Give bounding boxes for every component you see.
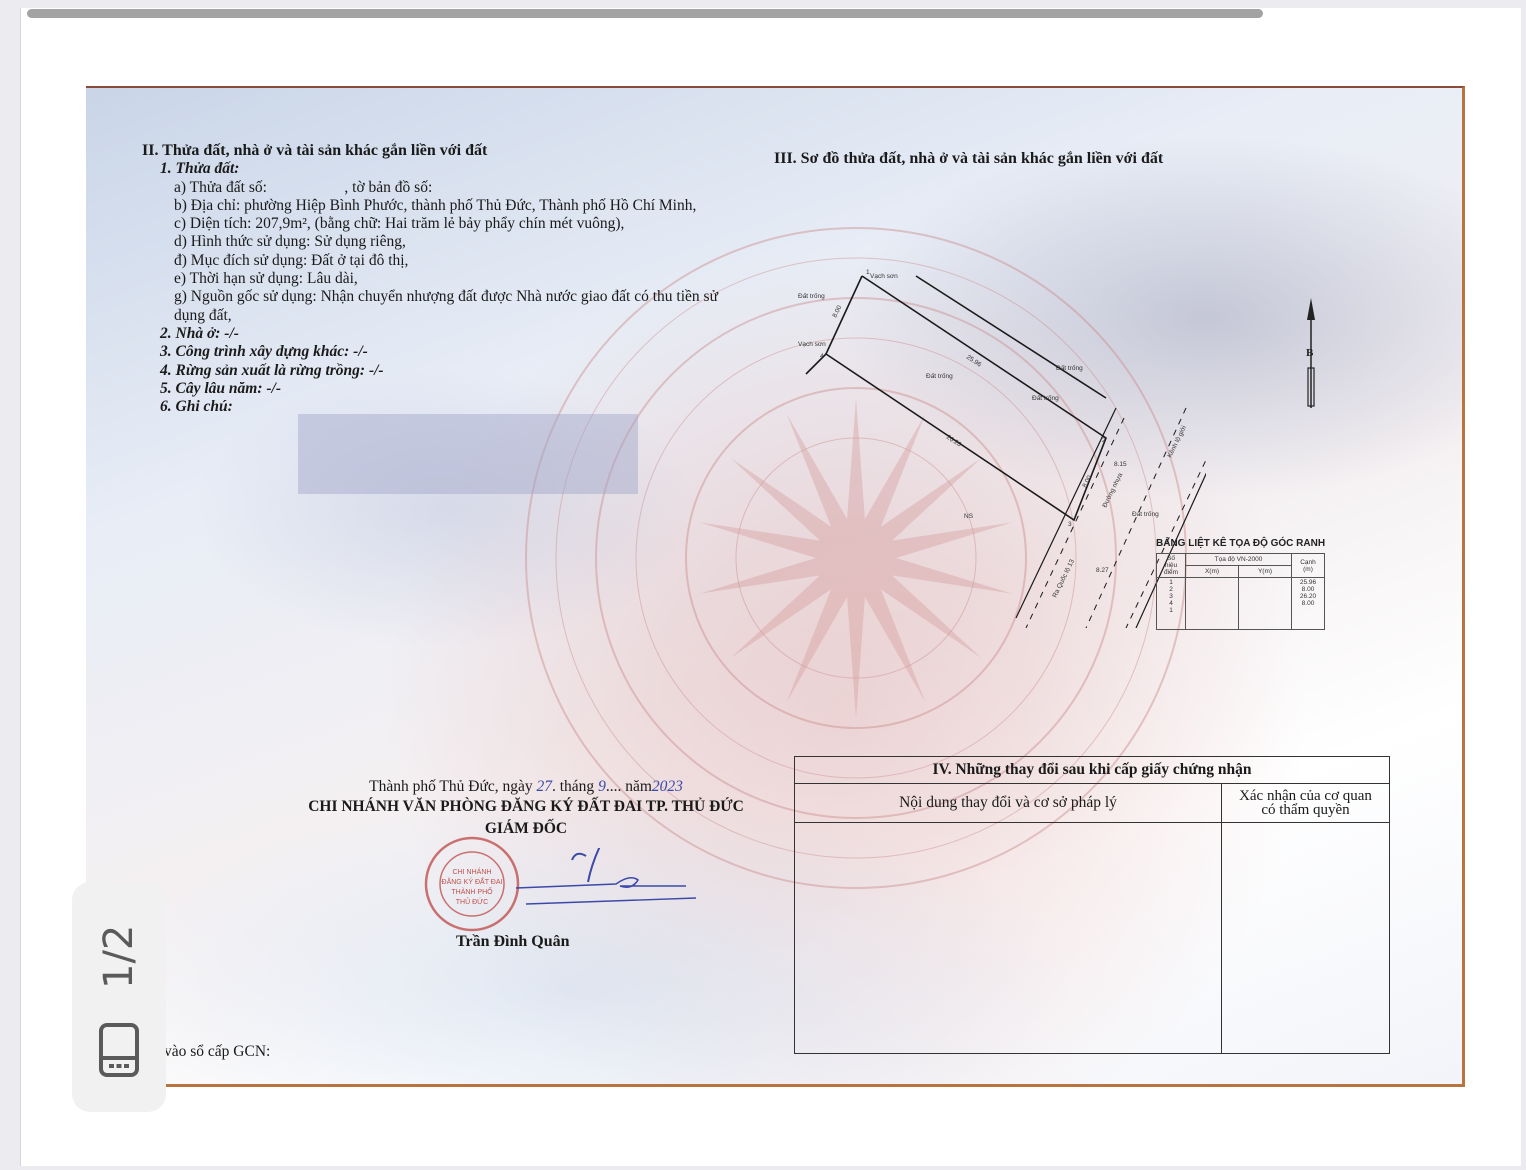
land-item: e) Thời hạn sử dụng: Lâu dài, <box>142 270 762 288</box>
red-official-stamp: CHI NHÁNH ĐĂNG KÝ ĐẤT ĐAI THÀNH PHỐ THỦ … <box>422 834 522 934</box>
page-indicator[interactable]: 1/2 <box>72 882 166 1112</box>
land-item: g) Nguồn gốc sử dụng: Nhận chuyển nhượng… <box>142 288 762 306</box>
coord-y-cell <box>1239 578 1292 630</box>
other-item: 4. Rừng sản xuất là rừng trồng: -/- <box>142 362 762 380</box>
land-item: b) Địa chỉ: phường Hiệp Bình Phước, thàn… <box>142 197 762 215</box>
svg-text:3: 3 <box>1068 521 1072 528</box>
coord-header-x: X(m) <box>1186 566 1239 578</box>
svg-text:4: 4 <box>820 353 824 360</box>
other-item: 5. Cây lâu năm: -/- <box>142 380 762 398</box>
horizontal-scrollbar[interactable] <box>27 9 1263 18</box>
svg-text:Vạch sơn: Vạch sơn <box>870 273 898 280</box>
coord-edges-cell: 25.96 8.00 26.20 8.00 <box>1292 578 1325 630</box>
svg-text:THỦ ĐỨC: THỦ ĐỨC <box>456 897 488 906</box>
svg-text:Kênh lộ giới: Kênh lộ giới <box>1167 425 1188 459</box>
page-count: 1/2 <box>84 902 154 1012</box>
coord-table: Số hiệu điểm Tọa độ VN-2000 Cạnh (m) X(m… <box>1156 553 1325 630</box>
land-item: a) Thửa đất số: , tờ bản đồ số: <box>142 179 762 197</box>
land-item: đ) Mục đích sử dụng: Đất ở tại đô thị, <box>142 252 762 270</box>
redacted-area <box>298 414 638 494</box>
svg-text:8.27: 8.27 <box>1096 567 1109 574</box>
issuing-organization: CHI NHÁNH VĂN PHÒNG ĐĂNG KÝ ĐẤT ĐAI TP. … <box>306 798 746 816</box>
changes-col-content: Nội dung thay đổi và cơ sở pháp lý <box>795 784 1222 822</box>
section-2-land-info: II. Thửa đất, nhà ở và tài sản khác gắn … <box>142 142 762 416</box>
svg-text:Đường nhựa: Đường nhựa <box>1102 472 1125 509</box>
svg-text:25.96: 25.96 <box>965 354 983 369</box>
other-item: 2. Nhà ở: -/- <box>142 325 762 343</box>
coord-x-cell <box>1186 578 1239 630</box>
registry-label: vào sổ cấp GCN: <box>164 1043 270 1061</box>
svg-text:8.15: 8.15 <box>1114 461 1127 468</box>
changes-col-confirmation: Xác nhận của cơ quan có thẩm quyền <box>1222 784 1389 822</box>
north-arrow-icon: B <box>1301 298 1321 408</box>
coord-header-system: Tọa độ VN-2000 <box>1186 554 1292 566</box>
svg-text:B: B <box>1306 347 1314 359</box>
svg-text:Đất trống: Đất trống <box>926 371 953 380</box>
svg-text:THÀNH PHỐ: THÀNH PHỐ <box>451 886 493 896</box>
section-2-title: II. Thửa đất, nhà ở và tài sản khác gắn … <box>142 142 762 160</box>
land-heading: 1. Thửa đất: <box>142 160 762 178</box>
changes-content-cell <box>795 823 1222 1053</box>
svg-text:ĐĂNG KÝ ĐẤT ĐAI: ĐĂNG KÝ ĐẤT ĐAI <box>442 876 503 886</box>
svg-text:Đất trống: Đất trống <box>1032 393 1059 402</box>
issue-date: Thành phố Thủ Đức, ngày 27. tháng 9.... … <box>306 778 746 796</box>
land-item: c) Diện tích: 207,9m², (bằng chữ: Hai tr… <box>142 215 762 233</box>
land-item: d) Hình thức sử dụng: Sử dụng riêng, <box>142 233 762 251</box>
svg-text:NS: NS <box>964 513 974 520</box>
coord-header-edge: Cạnh (m) <box>1292 554 1325 578</box>
svg-text:Đất trống: Đất trống <box>1132 509 1159 518</box>
svg-text:CHI NHÁNH: CHI NHÁNH <box>453 867 492 876</box>
signer-name: Trần Đình Quân <box>456 933 570 951</box>
section-4-title: IV. Những thay đổi sau khi cấp giấy chứn… <box>795 757 1389 784</box>
section-3-title: III. Sơ đồ thửa đất, nhà ở và tài sản kh… <box>774 150 1163 168</box>
coord-header-y: Y(m) <box>1239 566 1292 578</box>
other-item: 3. Công trình xây dựng khác: -/- <box>142 343 762 361</box>
changes-table: IV. Những thay đổi sau khi cấp giấy chứn… <box>794 756 1390 1054</box>
svg-text:Đất trống: Đất trống <box>1056 363 1083 372</box>
svg-text:Ra Quốc lộ 13: Ra Quốc lộ 13 <box>1050 557 1076 599</box>
svg-text:26.20: 26.20 <box>945 434 963 449</box>
svg-text:Vạch sơn: Vạch sơn <box>798 341 826 348</box>
signer-role: GIÁM ĐỐC <box>306 820 746 838</box>
land-item: dụng đất, <box>142 307 762 325</box>
svg-text:8.00: 8.00 <box>832 304 844 319</box>
coord-table-title: BẢNG LIỆT KÊ TỌA ĐỘ GÓC RANH <box>1156 538 1325 549</box>
coord-points-cell: 1 2 3 4 1 <box>1157 578 1186 630</box>
land-certificate-page: II. Thửa đất, nhà ở và tài sản khác gắn … <box>86 86 1465 1087</box>
signature-block: Thành phố Thủ Đức, ngày 27. tháng 9.... … <box>306 778 746 838</box>
land-plot-diagram: 1 4 3 2 Vạch sơn Vạch sơn Đất trống Đất … <box>786 258 1206 628</box>
svg-text:Đất trống: Đất trống <box>798 291 825 300</box>
coord-header-point: Số hiệu điểm <box>1157 554 1186 578</box>
document-pages-icon <box>98 1022 140 1078</box>
svg-text:2: 2 <box>1102 437 1106 444</box>
handwritten-signature <box>516 848 716 908</box>
